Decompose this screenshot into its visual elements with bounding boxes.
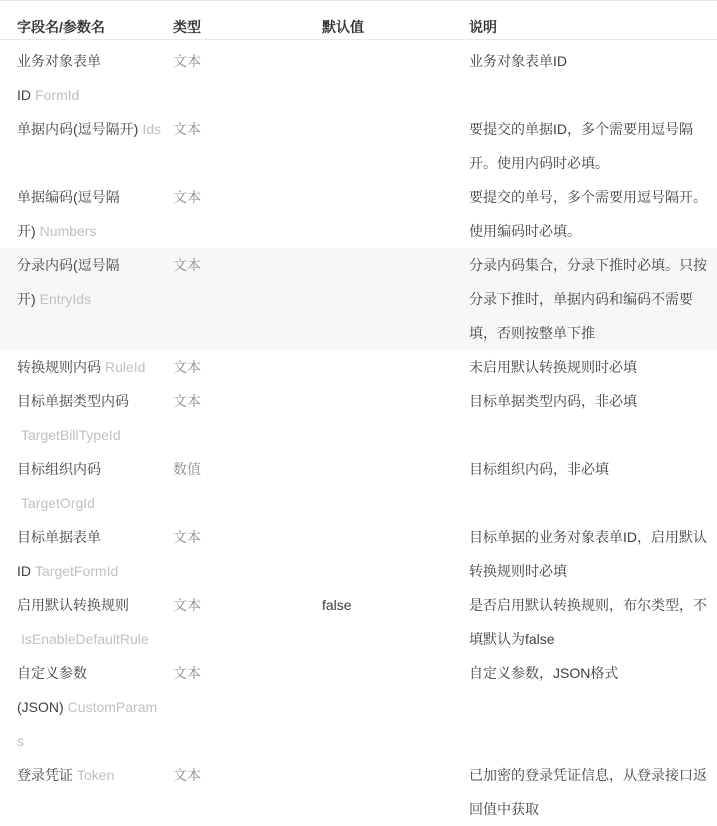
- field-name: 目标单据类型内码: [17, 393, 129, 409]
- field-name-cell: 启用默认转换规则IsEnableDefaultRule: [17, 588, 173, 656]
- field-name-cell: 单据编码(逗号隔开)Numbers: [17, 180, 173, 248]
- field-name-cell: 自定义参数(JSON)CustomParams: [17, 656, 173, 758]
- default-value-cell: [322, 452, 469, 520]
- table-row: 转换规则内码RuleId 文本 未启用默认转换规则时必填: [0, 350, 717, 384]
- param-name: EntryIds: [40, 291, 91, 307]
- table-header-row: 字段名/参数名 类型 默认值 说明: [0, 0, 717, 40]
- type-cell: 文本: [173, 520, 322, 588]
- description-cell: 未启用默认转换规则时必填: [469, 350, 709, 384]
- param-name: Numbers: [40, 223, 97, 239]
- table-row: 自定义参数(JSON)CustomParams 文本 自定义参数，JSON格式: [0, 656, 717, 758]
- default-value-cell: [322, 384, 469, 452]
- field-name-cell: 转换规则内码RuleId: [17, 350, 173, 384]
- field-name: 登录凭证: [17, 767, 73, 783]
- column-header-type: 类型: [173, 20, 322, 39]
- field-name: 启用默认转换规则: [17, 597, 129, 613]
- table-row: 业务对象表单IDFormId 文本 业务对象表单ID: [0, 44, 717, 112]
- default-value-cell: false: [322, 588, 469, 656]
- description-cell: 目标单据的业务对象表单ID，启用默认转换规则时必填: [469, 520, 709, 588]
- description-cell: 已加密的登录凭证信息，从登录接口返回值中获取: [469, 758, 709, 826]
- field-name-cell: 单据内码(逗号隔开)Ids: [17, 112, 173, 180]
- type-cell: 文本: [173, 180, 322, 248]
- type-cell: 文本: [173, 588, 322, 656]
- default-value-cell: [322, 520, 469, 588]
- type-cell: 数值: [173, 452, 322, 520]
- default-value-cell: [322, 350, 469, 384]
- field-name: 单据内码(逗号隔开): [17, 121, 138, 137]
- column-header-description: 说明: [469, 20, 709, 39]
- param-name: Token: [77, 767, 114, 783]
- param-name: IsEnableDefaultRule: [21, 631, 149, 647]
- default-value-cell: [322, 758, 469, 826]
- param-name: TargetFormId: [35, 563, 118, 579]
- type-cell: 文本: [173, 44, 322, 112]
- param-name: Ids: [142, 121, 161, 137]
- type-cell: 文本: [173, 758, 322, 826]
- column-header-default: 默认值: [322, 20, 469, 39]
- table-row: 登录凭证Token 文本 已加密的登录凭证信息，从登录接口返回值中获取: [0, 758, 717, 826]
- table-row: 目标单据表单IDTargetFormId 文本 目标单据的业务对象表单ID，启用…: [0, 520, 717, 588]
- table-row: 目标组织内码TargetOrgId 数值 目标组织内码，非必填: [0, 452, 717, 520]
- field-name-cell: 目标组织内码TargetOrgId: [17, 452, 173, 520]
- type-cell: 文本: [173, 248, 322, 350]
- type-cell: 文本: [173, 350, 322, 384]
- param-name: TargetBillTypeId: [21, 427, 121, 443]
- description-cell: 要提交的单号，多个需要用逗号隔开。使用编码时必填。: [469, 180, 709, 248]
- table-row: 单据内码(逗号隔开)Ids 文本 要提交的单据ID，多个需要用逗号隔开。使用内码…: [0, 112, 717, 180]
- default-value-cell: [322, 180, 469, 248]
- field-name-cell: 业务对象表单IDFormId: [17, 44, 173, 112]
- type-cell: 文本: [173, 384, 322, 452]
- default-value-cell: [322, 44, 469, 112]
- type-cell: 文本: [173, 656, 322, 758]
- param-name: FormId: [35, 87, 79, 103]
- field-name-cell: 目标单据类型内码TargetBillTypeId: [17, 384, 173, 452]
- table-row: 启用默认转换规则IsEnableDefaultRule 文本 false 是否启…: [0, 588, 717, 656]
- field-name: 转换规则内码: [17, 359, 101, 375]
- table-row: 分录内码(逗号隔开)EntryIds 文本 分录内码集合，分录下推时必填。只按分…: [0, 248, 717, 350]
- field-name-cell: 目标单据表单IDTargetFormId: [17, 520, 173, 588]
- param-name: TargetOrgId: [21, 495, 95, 511]
- description-cell: 业务对象表单ID: [469, 44, 709, 112]
- table-row: 目标单据类型内码TargetBillTypeId 文本 目标单据类型内码，非必填: [0, 384, 717, 452]
- description-cell: 分录内码集合，分录下推时必填。只按分录下推时，单据内码和编码不需要填，否则按整单…: [469, 248, 709, 350]
- description-cell: 自定义参数，JSON格式: [469, 656, 709, 758]
- table-row: 单据编码(逗号隔开)Numbers 文本 要提交的单号，多个需要用逗号隔开。使用…: [0, 180, 717, 248]
- description-cell: 要提交的单据ID，多个需要用逗号隔开。使用内码时必填。: [469, 112, 709, 180]
- description-cell: 目标单据类型内码，非必填: [469, 384, 709, 452]
- field-name-cell: 登录凭证Token: [17, 758, 173, 826]
- default-value-cell: [322, 112, 469, 180]
- default-value-cell: [322, 656, 469, 758]
- default-value-cell: [322, 248, 469, 350]
- column-header-field-name: 字段名/参数名: [17, 20, 173, 39]
- field-name: 目标组织内码: [17, 461, 101, 477]
- description-cell: 是否启用默认转换规则，布尔类型，不填默认为false: [469, 588, 709, 656]
- field-name-cell: 分录内码(逗号隔开)EntryIds: [17, 248, 173, 350]
- table-body: 业务对象表单IDFormId 文本 业务对象表单ID 单据内码(逗号隔开)Ids…: [0, 40, 717, 826]
- param-name: RuleId: [105, 359, 145, 375]
- parameter-table: 字段名/参数名 类型 默认值 说明 业务对象表单IDFormId 文本 业务对象…: [0, 0, 717, 826]
- description-cell: 目标组织内码，非必填: [469, 452, 709, 520]
- type-cell: 文本: [173, 112, 322, 180]
